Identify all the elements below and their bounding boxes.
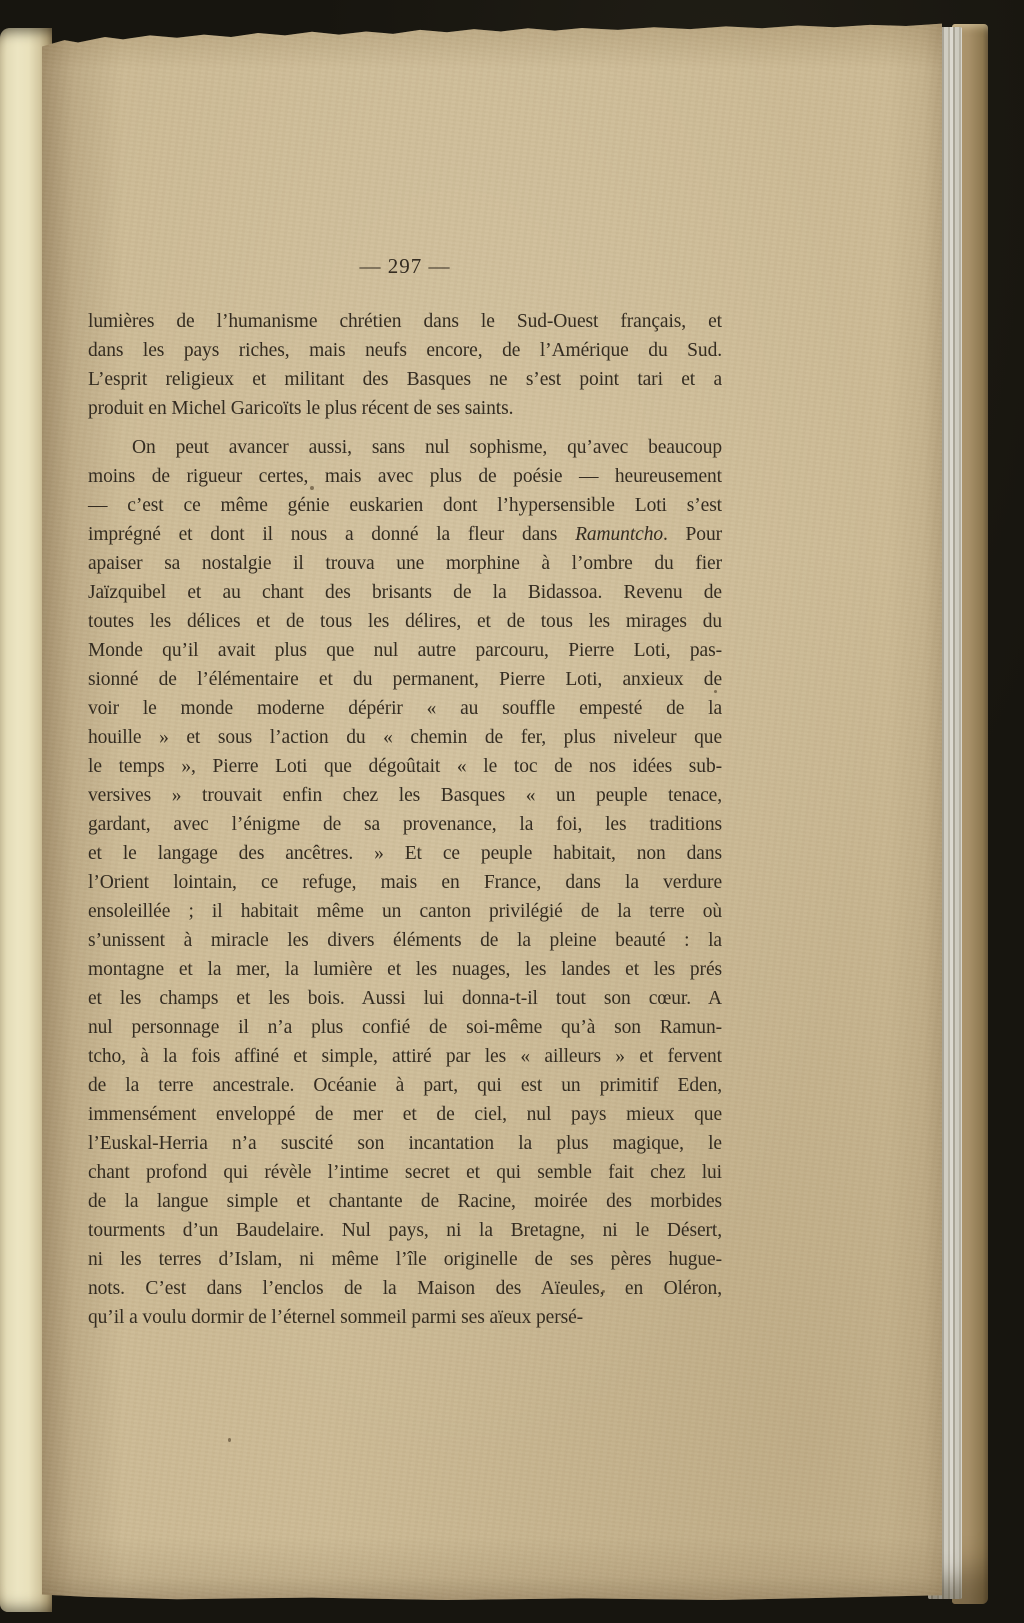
text-segment: Jaïzquibel et au chant des brisants de l… (88, 582, 722, 603)
paragraph: lumières de l’humanisme chrétien dans le… (88, 307, 722, 423)
text-segment: moins de rigueur certes, mais avec plus … (88, 466, 722, 487)
text-segment: l’Orient lointain, ce refuge, mais en Fr… (88, 872, 722, 893)
scanned-book-photo: — 297 — lumières de l’humanisme chrétien… (0, 0, 1024, 1623)
text-line: tcho, à la fois affiné et simple, attiré… (88, 1042, 722, 1071)
text-segment: imprégné et dont il nous a donné la fleu… (88, 524, 575, 545)
text-line: sionné de l’élémentaire et du permanent,… (88, 665, 722, 694)
text-segment: nots. C’est dans l’enclos de la Maison d… (88, 1278, 722, 1299)
text-line: Jaïzquibel et au chant des brisants de l… (88, 578, 722, 607)
text-line: chant profond qui révèle l’intime secret… (88, 1158, 722, 1187)
text-segment: gardant, avec l’énigme de sa provenance,… (88, 814, 722, 835)
text-line: imprégné et dont il nous a donné la fleu… (88, 520, 722, 549)
text-line: houille » et sous l’action du « chemin d… (88, 723, 722, 752)
text-segment: tourments d’un Baudelaire. Nul pays, ni … (88, 1220, 722, 1241)
paper-speck (228, 1438, 231, 1442)
text-line: voir le monde moderne dépérir « au souff… (88, 694, 722, 723)
text-segment: houille » et sous l’action du « chemin d… (88, 727, 722, 748)
text-line: dans les pays riches, mais neufs encore,… (88, 336, 722, 365)
text-block: lumières de l’humanisme chrétien dans le… (88, 307, 722, 1332)
text-segment: voir le monde moderne dépérir « au souff… (88, 698, 722, 719)
text-line: gardant, avec l’énigme de sa provenance,… (88, 810, 722, 839)
text-line: L’esprit religieux et militant des Basqu… (88, 365, 722, 394)
text-line: qu’il a voulu dormir de l’éternel sommei… (88, 1303, 722, 1332)
text-line: apaiser sa nostalgie il trouva une morph… (88, 549, 722, 578)
text-segment: et les champs et les bois. Aussi lui don… (88, 988, 722, 1009)
text-segment: ni les terres d’Islam, ni même l’île ori… (88, 1249, 722, 1270)
text-segment: dans les pays riches, mais neufs encore,… (88, 340, 722, 361)
text-line: — c’est ce même génie euskarien dont l’h… (88, 491, 722, 520)
text-segment: apaiser sa nostalgie il trouva une morph… (88, 553, 722, 574)
text-line: ensoleillée ; il habitait même un canton… (88, 897, 722, 926)
text-segment: qu’il a voulu dormir de l’éternel sommei… (88, 1307, 583, 1328)
text-line: ni les terres d’Islam, ni même l’île ori… (88, 1245, 722, 1274)
italic-text: Ramuntcho (575, 524, 663, 545)
text-segment: immensément enveloppé de mer et de ciel,… (88, 1104, 722, 1125)
text-line: de la terre ancestrale. Océanie à part, … (88, 1071, 722, 1100)
text-segment: montagne et la mer, la lumière et les nu… (88, 959, 722, 980)
text-segment: tcho, à la fois affiné et simple, attiré… (88, 1046, 722, 1067)
text-segment: de la langue simple et chantante de Raci… (88, 1191, 722, 1212)
text-segment: versives » trouvait enfin chez les Basqu… (88, 785, 722, 806)
page-number: — 297 — (88, 253, 722, 279)
text-segment: et le langage des ancêtres. » Et ce peup… (88, 843, 722, 864)
text-segment: Monde qu’il avait plus que nul autre par… (88, 640, 722, 661)
text-segment: chant profond qui révèle l’intime secret… (88, 1162, 722, 1183)
text-line: de la langue simple et chantante de Raci… (88, 1187, 722, 1216)
text-segment: lumières de l’humanisme chrétien dans le… (88, 311, 722, 332)
text-segment: sionné de l’élémentaire et du permanent,… (88, 669, 722, 690)
text-line: toutes les délices et de tous les délire… (88, 607, 722, 636)
text-line: et les champs et les bois. Aussi lui don… (88, 984, 722, 1013)
text-line: l’Euskal-Herria n’a suscité son incantat… (88, 1129, 722, 1158)
text-line: le temps », Pierre Loti que dégoûtait « … (88, 752, 722, 781)
text-line: nul personnage il n’a plus confié de soi… (88, 1013, 722, 1042)
paragraph: On peut avancer aussi, sans nul sophisme… (88, 433, 722, 1332)
text-segment: produit en Michel Garicoïts le plus réce… (88, 398, 513, 419)
text-line: immensément enveloppé de mer et de ciel,… (88, 1100, 722, 1129)
text-segment: s’unissent à miracle les divers éléments… (88, 930, 722, 951)
text-segment: On peut avancer aussi, sans nul sophisme… (132, 437, 722, 458)
text-segment: L’esprit religieux et militant des Basqu… (88, 369, 722, 390)
text-line: On peut avancer aussi, sans nul sophisme… (88, 433, 722, 462)
text-line: Monde qu’il avait plus que nul autre par… (88, 636, 722, 665)
text-segment: l’Euskal-Herria n’a suscité son incantat… (88, 1133, 722, 1154)
text-line: nots. C’est dans l’enclos de la Maison d… (88, 1274, 722, 1303)
text-line: s’unissent à miracle les divers éléments… (88, 926, 722, 955)
text-segment: toutes les délices et de tous les délire… (88, 611, 722, 632)
text-segment: nul personnage il n’a plus confié de soi… (88, 1017, 722, 1038)
text-segment: . Pour (663, 524, 722, 545)
text-line: montagne et la mer, la lumière et les nu… (88, 955, 722, 984)
text-line: lumières de l’humanisme chrétien dans le… (88, 307, 722, 336)
text-line: versives » trouvait enfin chez les Basqu… (88, 781, 722, 810)
text-line: moins de rigueur certes, mais avec plus … (88, 462, 722, 491)
text-segment: ensoleillée ; il habitait même un canton… (88, 901, 722, 922)
text-segment: — c’est ce même génie euskarien dont l’h… (88, 495, 722, 516)
text-line: tourments d’un Baudelaire. Nul pays, ni … (88, 1216, 722, 1245)
text-segment: de la terre ancestrale. Océanie à part, … (88, 1075, 722, 1096)
text-line: produit en Michel Garicoïts le plus réce… (88, 394, 722, 423)
text-segment: le temps », Pierre Loti que dégoûtait « … (88, 756, 722, 777)
text-line: l’Orient lointain, ce refuge, mais en Fr… (88, 868, 722, 897)
text-line: et le langage des ancêtres. » Et ce peup… (88, 839, 722, 868)
